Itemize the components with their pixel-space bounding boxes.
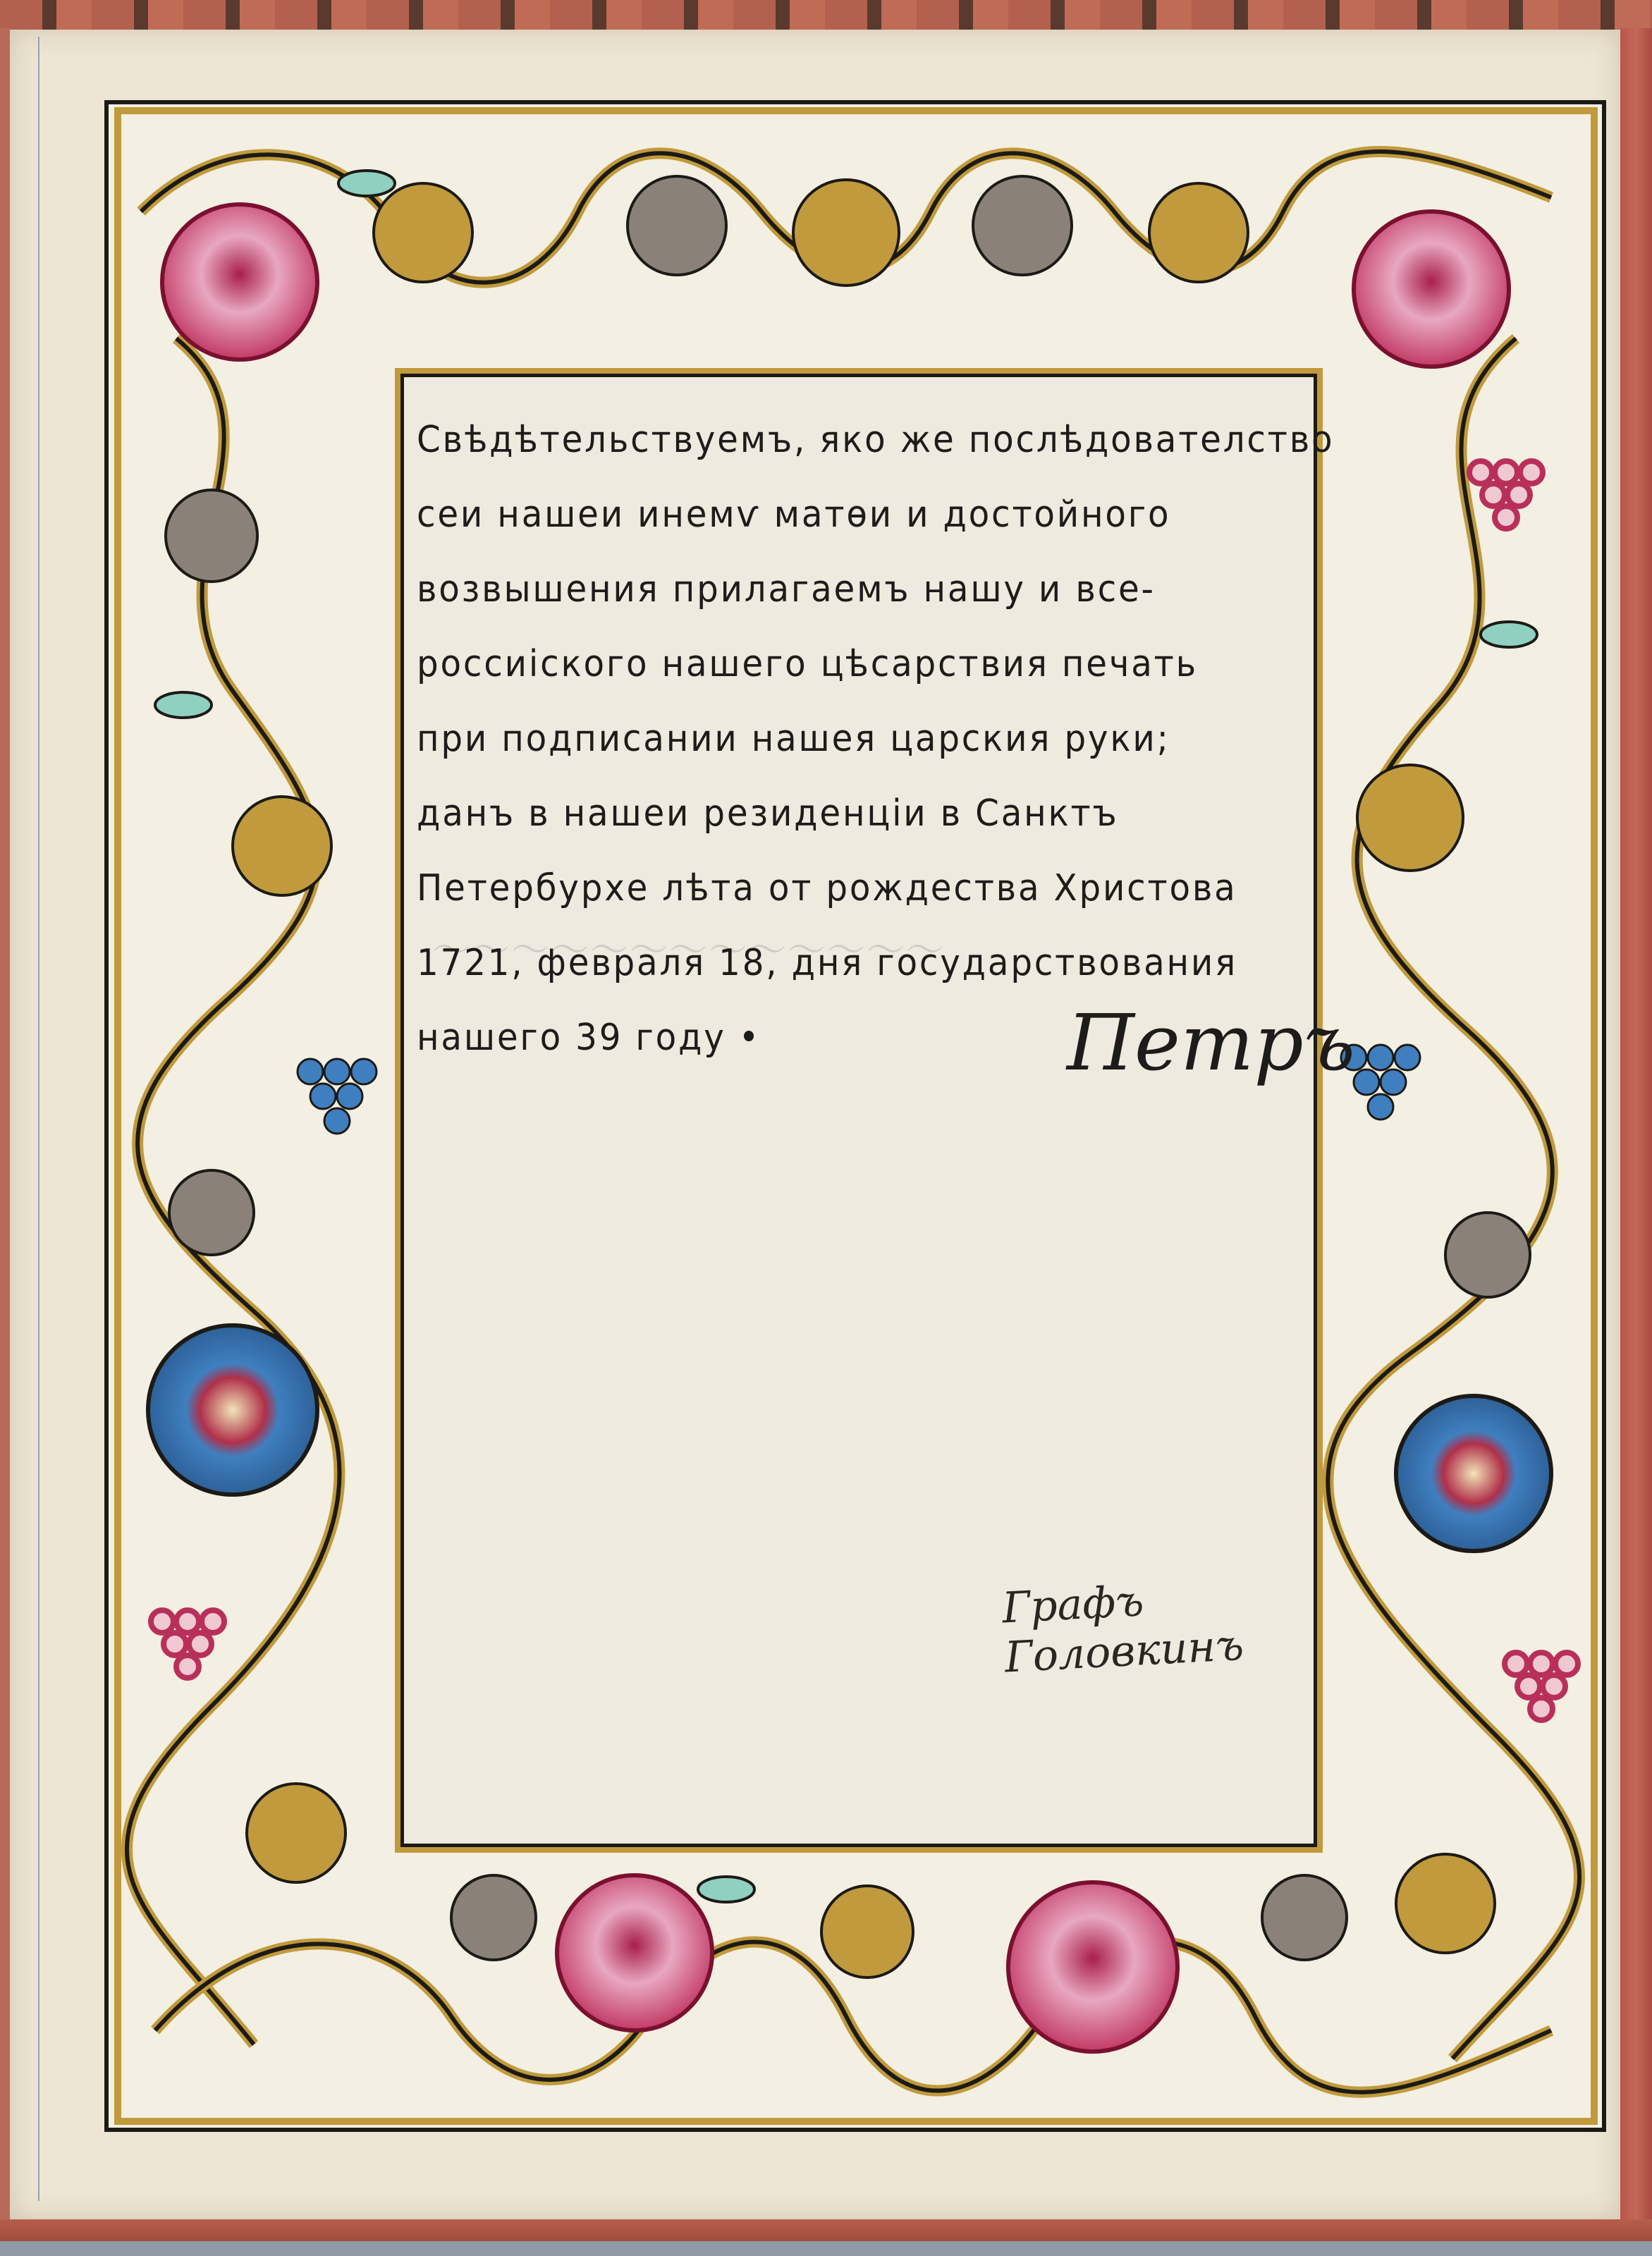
text-line: сеи нашеи инемѵ матѳи и достойного bbox=[417, 477, 1249, 552]
signature-golovkin: Графъ Головкинъ bbox=[1001, 1568, 1316, 1683]
signature-peter: Петръ bbox=[1067, 998, 1355, 1088]
book-binding-top bbox=[0, 0, 1652, 32]
book-binding-right bbox=[1620, 28, 1652, 2221]
text-line: Свѣдѣтельствуемъ, яко же послѣдователств… bbox=[417, 403, 1249, 477]
text-line: данъ в нашеи резиденцiи в Санктъ bbox=[417, 776, 1249, 851]
text-line: возвышения прилагаемъ нашу и все- bbox=[417, 552, 1249, 627]
text-line: россиiского нашего цѣсарствия печать bbox=[417, 627, 1249, 701]
charter-text-panel: ～～～～～～～～～～～～～ Свѣдѣтельствуемъ, яко же п… bbox=[400, 374, 1317, 1847]
text-line: при подписании нашея царския руки; bbox=[417, 701, 1249, 776]
text-line: Петербурхе лѣта от рождества Христова bbox=[417, 851, 1249, 926]
charter-text-body: Свѣдѣтельствуемъ, яко же послѣдователств… bbox=[417, 403, 1312, 1075]
book-binding-bottom bbox=[0, 2219, 1652, 2256]
page-margin-rule bbox=[38, 37, 39, 2201]
text-line: 1721, февраля 18, дня государствования bbox=[417, 926, 1249, 1000]
book-binding-left bbox=[0, 28, 10, 2221]
